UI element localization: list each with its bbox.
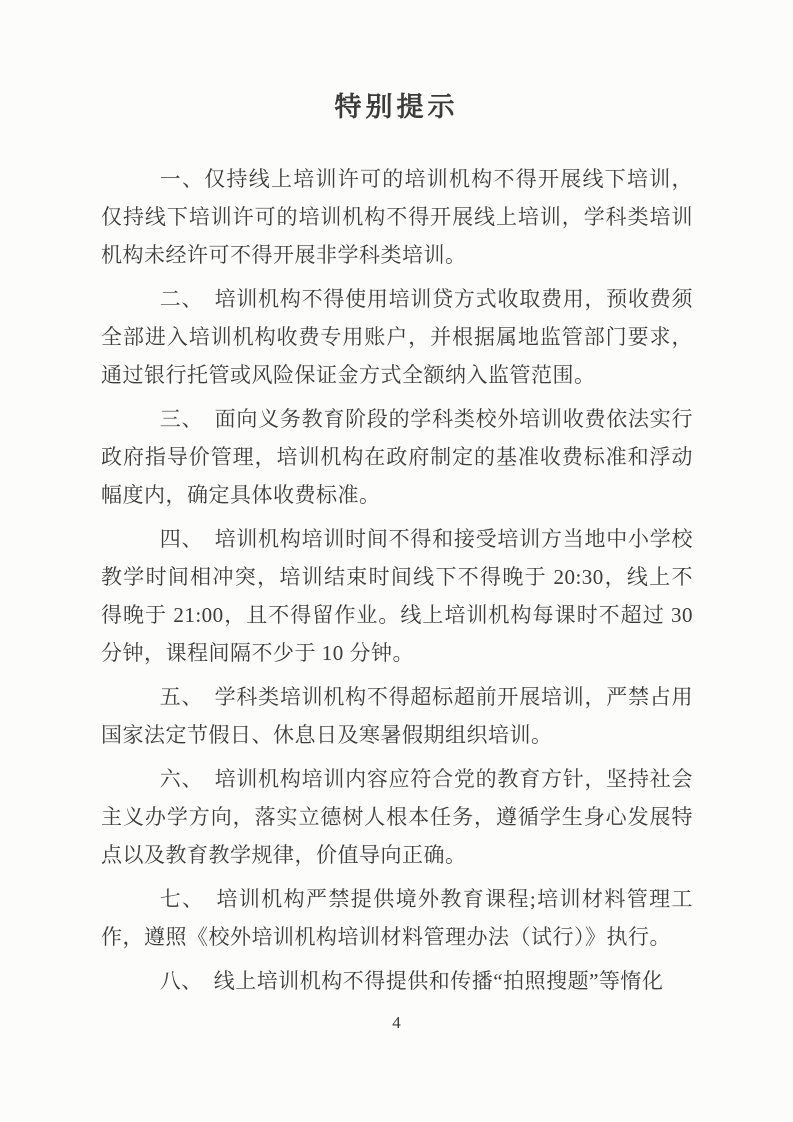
page-number: 4 xyxy=(0,1013,793,1033)
paragraph-3: 三、 面向义务教育阶段的学科类校外培训收费依法实行政府指导价管理，培训机构在政府… xyxy=(101,400,693,514)
document-title: 特别提示 xyxy=(0,91,793,123)
paragraph-5: 五、 学科类培训机构不得超标超前开展培训，严禁占用国家法定节假日、休息日及寒暑假… xyxy=(101,678,693,754)
paragraph-4: 四、 培训机构培训时间不得和接受培训方当地中小学校教学时间相冲突，培训结束时间线… xyxy=(101,520,693,672)
paragraph-2: 二、 培训机构不得使用培训贷方式收取费用，预收费须全部进入培训机构收费专用账户，… xyxy=(101,280,693,394)
paragraph-6: 六、 培训机构培训内容应符合党的教育方针，坚持社会主义办学方向，落实立德树人根本… xyxy=(101,760,693,874)
document-page: 特别提示 一、仅持线上培训许可的培训机构不得开展线下培训，仅持线下培训许可的培训… xyxy=(0,0,793,1122)
paragraph-8: 八、 线上培训机构不得提供和传播“拍照搜题”等惰化 xyxy=(101,962,693,1000)
paragraph-7: 七、 培训机构严禁提供境外教育课程;培训材料管理工作，遵照《校外培训机构培训材料… xyxy=(101,880,693,956)
paragraph-1: 一、仅持线上培训许可的培训机构不得开展线下培训，仅持线下培训许可的培训机构不得开… xyxy=(101,160,693,274)
document-body: 一、仅持线上培训许可的培训机构不得开展线下培训，仅持线下培训许可的培训机构不得开… xyxy=(101,160,693,1006)
